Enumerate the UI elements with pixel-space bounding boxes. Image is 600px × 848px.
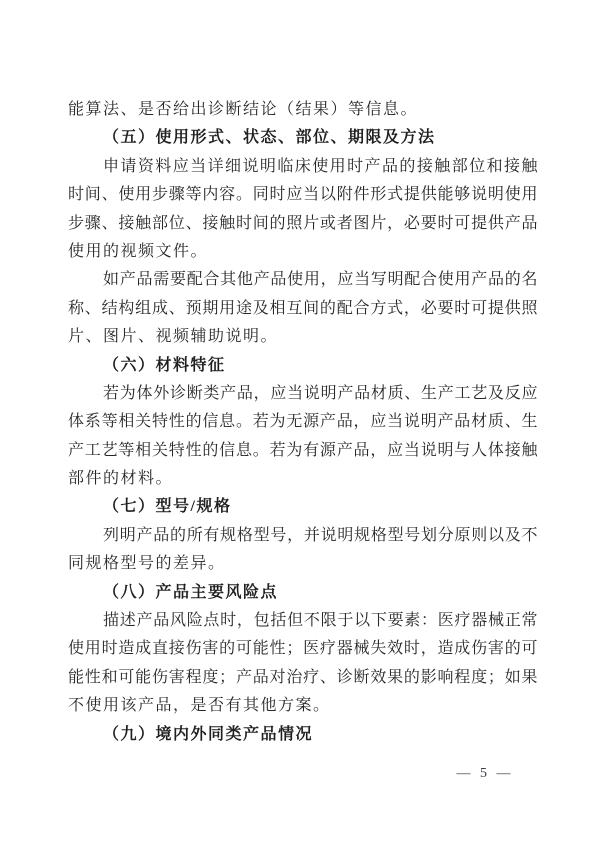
page-number-text: — 5 — [457,766,514,781]
section-heading: （九）境内外同类产品情况 [68,721,538,749]
body-line: 使用的视频文件。 [68,238,538,266]
body-line: 能算法、是否给出诊断结论（结果）等信息。 [68,96,538,124]
body-line: 使用时造成直接伤害的可能性；医疗器械失效时，造成伤害的可 [68,635,538,663]
body-line: 同规格型号的差异。 [68,550,538,578]
body-line: 不使用该产品，是否有其他方案。 [68,692,538,720]
body-line: 申请资料应当详细说明临床使用时产品的接触部位和接触 [68,153,538,181]
body-line: 片、图片、视频辅助说明。 [68,323,538,351]
body-line: 体系等相关特性的信息。若为无源产品，应当说明产品材质、生 [68,408,538,436]
body-line: 步骤、接触部位、接触时间的照片或者图片，必要时可提供产品 [68,210,538,238]
document-body: 能算法、是否给出诊断结论（结果）等信息。（五）使用形式、状态、部位、期限及方法申… [68,96,538,749]
body-line: 产工艺等相关特性的信息。若为有源产品，应当说明与人体接触 [68,437,538,465]
document-page: 能算法、是否给出诊断结论（结果）等信息。（五）使用形式、状态、部位、期限及方法申… [0,0,600,848]
body-line: 列明产品的所有规格型号，并说明规格型号划分原则以及不 [68,522,538,550]
section-heading: （八）产品主要风险点 [68,579,538,607]
body-line: 称、结构组成、预期用途及相互间的配合方式，必要时可提供照 [68,295,538,323]
body-line: 描述产品风险点时，包括但不限于以下要素：医疗器械正常 [68,607,538,635]
section-heading: （六）材料特征 [68,352,538,380]
body-line: 如产品需要配合其他产品使用，应当写明配合使用产品的名 [68,266,538,294]
page-number: — 5 — [430,766,540,782]
section-heading: （七）型号/规格 [68,493,538,521]
body-line: 若为体外诊断类产品，应当说明产品材质、生产工艺及反应 [68,380,538,408]
body-line: 时间、使用步骤等内容。同时应当以附件形式提供能够说明使用 [68,181,538,209]
section-heading: （五）使用形式、状态、部位、期限及方法 [68,124,538,152]
body-line: 部件的材料。 [68,465,538,493]
body-line: 能性和可能伤害程度；产品对治疗、诊断效果的影响程度；如果 [68,664,538,692]
